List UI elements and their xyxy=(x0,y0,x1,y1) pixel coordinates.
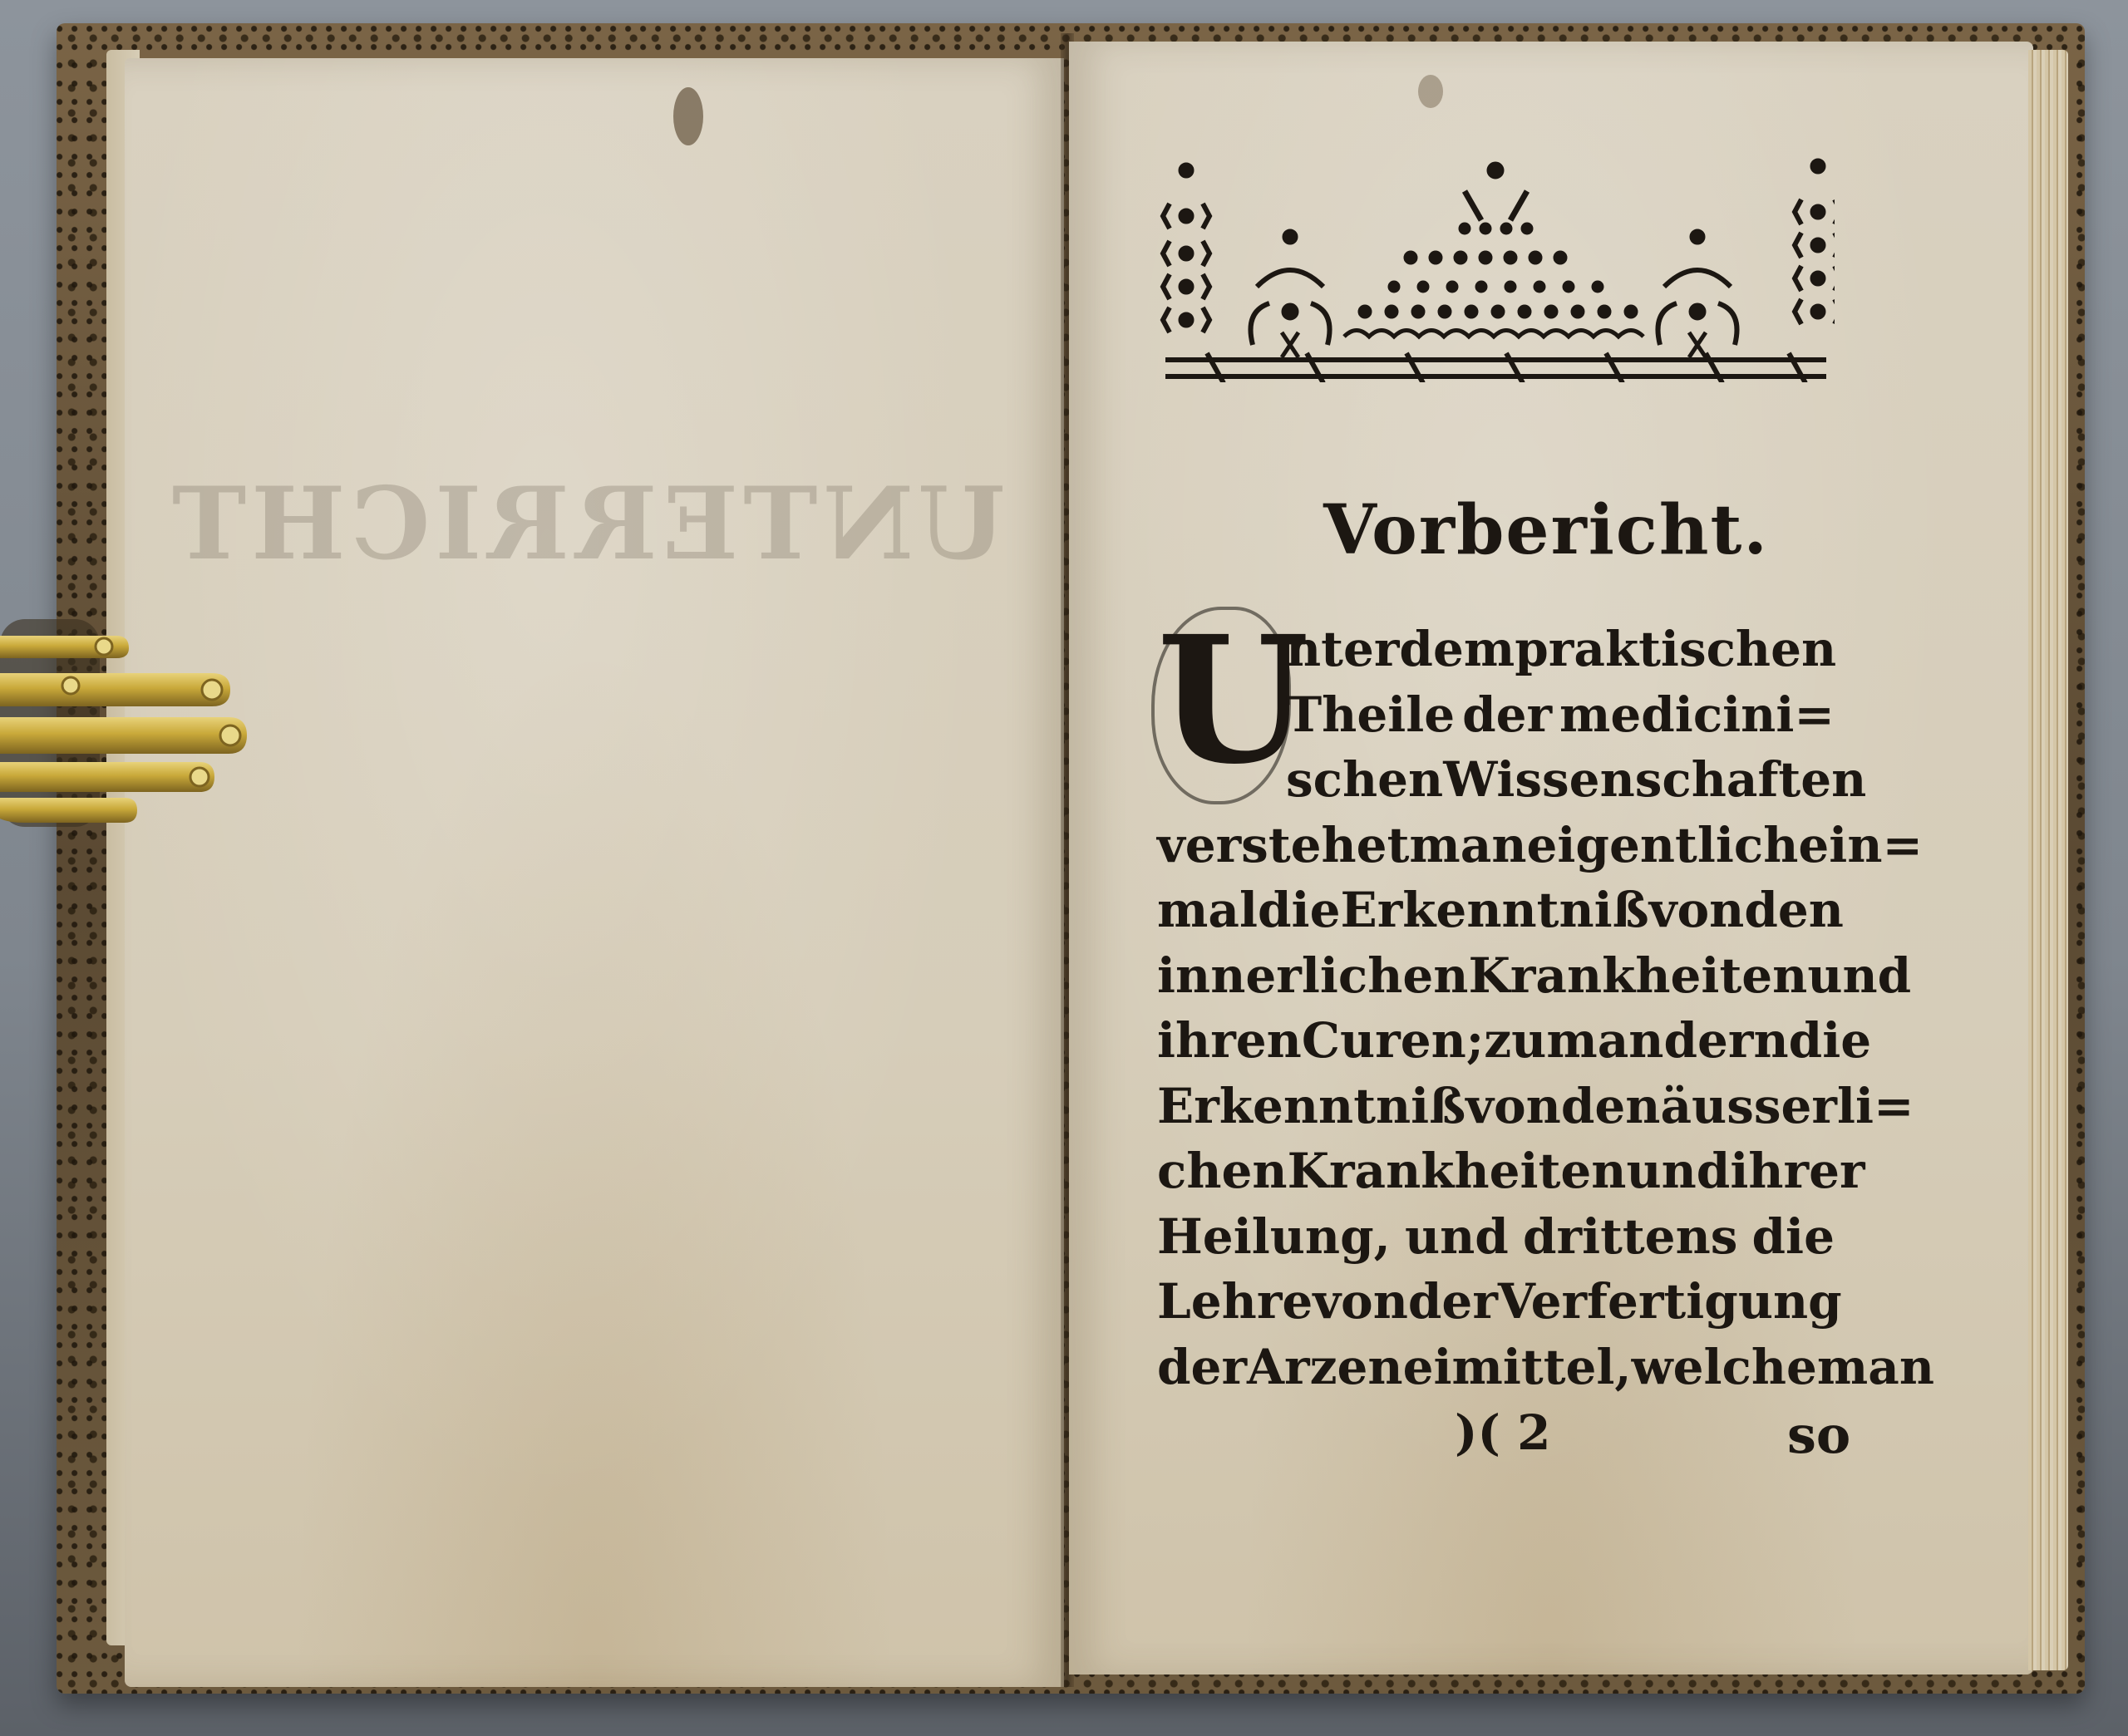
word: dem xyxy=(1399,617,1515,682)
text-line: Lehre von der Verfertigung xyxy=(1157,1269,1835,1335)
word: Wissenschaften xyxy=(1443,747,1866,813)
word: Curen; xyxy=(1302,1008,1484,1074)
word: Verfertigung xyxy=(1498,1269,1842,1335)
word: welche xyxy=(1632,1335,1817,1400)
word: ihren xyxy=(1157,1008,1302,1074)
word: zum xyxy=(1484,1008,1597,1074)
brass-hand-clasp-icon[interactable] xyxy=(0,602,249,843)
word: man xyxy=(1817,1335,1934,1400)
word: von xyxy=(1649,878,1745,943)
word: Theile xyxy=(1286,682,1455,748)
text-line: verstehet man eigentlich ein= xyxy=(1157,813,1835,878)
word: chen xyxy=(1157,1138,1288,1204)
word: Krankheiten xyxy=(1288,1138,1627,1204)
word: den xyxy=(1744,878,1844,943)
word: ihrer xyxy=(1730,1138,1864,1204)
word: innerlichen xyxy=(1157,943,1468,1009)
word: praktischen xyxy=(1515,617,1836,682)
text-line: nter dem praktischen xyxy=(1286,617,1835,682)
word: ein= xyxy=(1798,813,1923,878)
word: drittens xyxy=(1523,1204,1737,1270)
text-line: ihren Curen; zum andern die xyxy=(1157,1008,1835,1074)
stain-mark xyxy=(673,87,703,145)
signature-mark: )( 2 xyxy=(1455,1404,1550,1461)
bleed-through-text: UNTERRICHT xyxy=(274,465,1006,598)
word: und xyxy=(1626,1138,1730,1204)
text-line: schen Wissenschaften xyxy=(1286,747,1835,813)
catchword: so xyxy=(1787,1404,1850,1465)
word: verstehet xyxy=(1157,813,1409,878)
word: man xyxy=(1409,813,1526,878)
word: äusserli= xyxy=(1660,1074,1914,1139)
word: Krankheiten xyxy=(1468,943,1807,1009)
headpiece-ornament-icon xyxy=(1157,154,1835,382)
word: medicini= xyxy=(1559,682,1835,748)
word: von xyxy=(1465,1074,1561,1139)
word: der xyxy=(1157,1335,1247,1400)
word: Erkenntniß xyxy=(1157,1074,1465,1139)
text-line: der Arzeneimittel, welche man xyxy=(1157,1335,1835,1400)
word: und xyxy=(1807,943,1911,1009)
word: die xyxy=(1258,878,1341,943)
word: Heilung, xyxy=(1157,1204,1391,1270)
word: und xyxy=(1405,1204,1509,1270)
word: die xyxy=(1789,1008,1872,1074)
word: mal xyxy=(1157,878,1258,943)
page-heading: Vorbericht. xyxy=(1072,490,2020,570)
word: Lehre xyxy=(1157,1269,1313,1335)
word: andern xyxy=(1598,1008,1789,1074)
text-line: chen Krankheiten und ihrer xyxy=(1157,1138,1835,1204)
word: die xyxy=(1752,1204,1835,1270)
word: schen xyxy=(1286,747,1443,813)
word: nter xyxy=(1286,617,1399,682)
text-line: Theile der medicini= xyxy=(1286,682,1835,748)
word: den xyxy=(1561,1074,1661,1139)
stain-mark xyxy=(1418,75,1443,108)
word: eigentlich xyxy=(1527,813,1799,878)
text-line: Heilung, und drittens die xyxy=(1157,1204,1835,1270)
word: Arzeneimittel, xyxy=(1247,1335,1632,1400)
text-line: Erkenntniß von den äusserli= xyxy=(1157,1074,1835,1139)
word: von xyxy=(1313,1269,1408,1335)
body-text: nter dem praktischen Theile der medicini… xyxy=(1157,617,1835,1399)
word: der xyxy=(1408,1269,1498,1335)
word: der xyxy=(1462,682,1552,748)
text-line: mal die Erkenntniß von den xyxy=(1157,878,1835,943)
page-edges xyxy=(2028,50,2068,1670)
ornament-left-column xyxy=(1163,163,1209,332)
text-line: innerlichen Krankheiten und xyxy=(1157,943,1835,1009)
word: Erkenntniß xyxy=(1340,878,1648,943)
left-page xyxy=(125,58,1064,1687)
